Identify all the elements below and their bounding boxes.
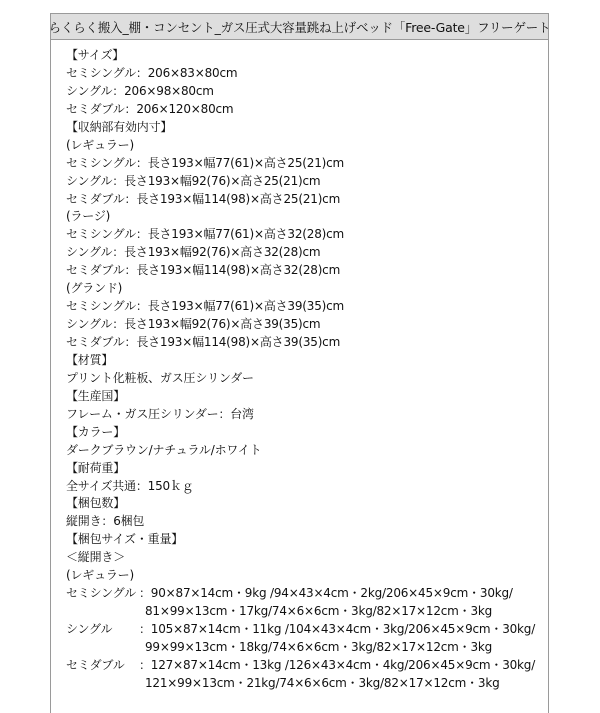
- spec-header: らくらく搬入_棚・コンセント_ガス圧式大容量跳ね上げベッド「Free-Gate」…: [51, 14, 548, 40]
- storage-line: セミシングル：長さ193×幅77(61)×高さ32(28)cm: [66, 226, 548, 244]
- package-row-label: セミシングル: [66, 585, 139, 621]
- section-heading-load: 【耐荷重】: [66, 460, 548, 478]
- storage-group-label: (グランド): [66, 280, 548, 298]
- origin-value: フレーム・ガス圧シリンダー：台湾: [66, 406, 548, 424]
- packages-value: 縦開き：6梱包: [66, 513, 548, 531]
- package-size-group-label: (レギュラー): [66, 567, 548, 585]
- section-heading-origin: 【生産国】: [66, 388, 548, 406]
- package-line: 81×99×13cm・17kg/74×6×6cm・3kg/82×17×12cm・…: [139, 603, 513, 621]
- storage-group-label: (ラージ): [66, 208, 548, 226]
- storage-line: セミダブル：長さ193×幅114(98)×高さ32(28)cm: [66, 262, 548, 280]
- package-row-values: ：105×87×14cm・11kg /104×43×4cm・3kg/206×45…: [139, 621, 535, 657]
- package-row-label: セミダブル: [66, 657, 139, 693]
- package-row-values: ：90×87×14cm・9kg /94×43×4cm・2kg/206×45×9c…: [139, 585, 513, 621]
- package-line: 99×99×13cm・18kg/74×6×6cm・3kg/82×17×12cm・…: [139, 639, 535, 657]
- package-line: 121×99×13cm・21kg/74×6×6cm・3kg/82×17×12cm…: [139, 675, 535, 693]
- product-title: らくらく搬入_棚・コンセント_ガス圧式大容量跳ね上げベッド「Free-Gate」…: [49, 18, 551, 36]
- section-heading-color: 【カラー】: [66, 424, 548, 442]
- storage-line: セミシングル：長さ193×幅77(61)×高さ25(21)cm: [66, 155, 548, 173]
- section-heading-material: 【材質】: [66, 352, 548, 370]
- storage-line: セミシングル：長さ193×幅77(61)×高さ39(35)cm: [66, 298, 548, 316]
- package-size-subheading: ＜縦開き＞: [66, 549, 548, 567]
- package-line: ：127×87×14cm・13kg /126×43×4cm・4kg/206×45…: [139, 657, 535, 675]
- load-value: 全サイズ共通：150ｋｇ: [66, 478, 548, 496]
- size-line: セミシングル：206×83×80cm: [66, 65, 548, 83]
- storage-line: シングル：長さ193×幅92(76)×高さ25(21)cm: [66, 173, 548, 191]
- package-row-single: シングル ：105×87×14cm・11kg /104×43×4cm・3kg/2…: [66, 621, 548, 657]
- storage-group-label: (レギュラー): [66, 137, 548, 155]
- spec-body: 【サイズ】 セミシングル：206×83×80cm シングル：206×98×80c…: [51, 40, 548, 693]
- storage-line: シングル：長さ193×幅92(76)×高さ39(35)cm: [66, 316, 548, 334]
- material-value: プリント化粧板、ガス圧シリンダー: [66, 370, 548, 388]
- package-row-semi-single: セミシングル ：90×87×14cm・9kg /94×43×4cm・2kg/20…: [66, 585, 548, 621]
- section-heading-package-size: 【梱包サイズ・重量】: [66, 531, 548, 549]
- section-heading-size: 【サイズ】: [66, 47, 548, 65]
- section-heading-storage: 【収納部有効内寸】: [66, 119, 548, 137]
- package-line: ：90×87×14cm・9kg /94×43×4cm・2kg/206×45×9c…: [139, 585, 513, 603]
- size-line: セミダブル：206×120×80cm: [66, 101, 548, 119]
- storage-line: セミダブル：長さ193×幅114(98)×高さ39(35)cm: [66, 334, 548, 352]
- color-value: ダークブラウン/ナチュラル/ホワイト: [66, 442, 548, 460]
- package-row-semi-double: セミダブル ：127×87×14cm・13kg /126×43×4cm・4kg/…: [66, 657, 548, 693]
- product-spec-box: らくらく搬入_棚・コンセント_ガス圧式大容量跳ね上げベッド「Free-Gate」…: [50, 13, 549, 695]
- package-row-values: ：127×87×14cm・13kg /126×43×4cm・4kg/206×45…: [139, 657, 535, 693]
- storage-line: シングル：長さ193×幅92(76)×高さ32(28)cm: [66, 244, 548, 262]
- size-line: シングル：206×98×80cm: [66, 83, 548, 101]
- package-row-label: シングル: [66, 621, 139, 657]
- storage-line: セミダブル：長さ193×幅114(98)×高さ25(21)cm: [66, 191, 548, 209]
- section-heading-packages: 【梱包数】: [66, 495, 548, 513]
- package-line: ：105×87×14cm・11kg /104×43×4cm・3kg/206×45…: [139, 621, 535, 639]
